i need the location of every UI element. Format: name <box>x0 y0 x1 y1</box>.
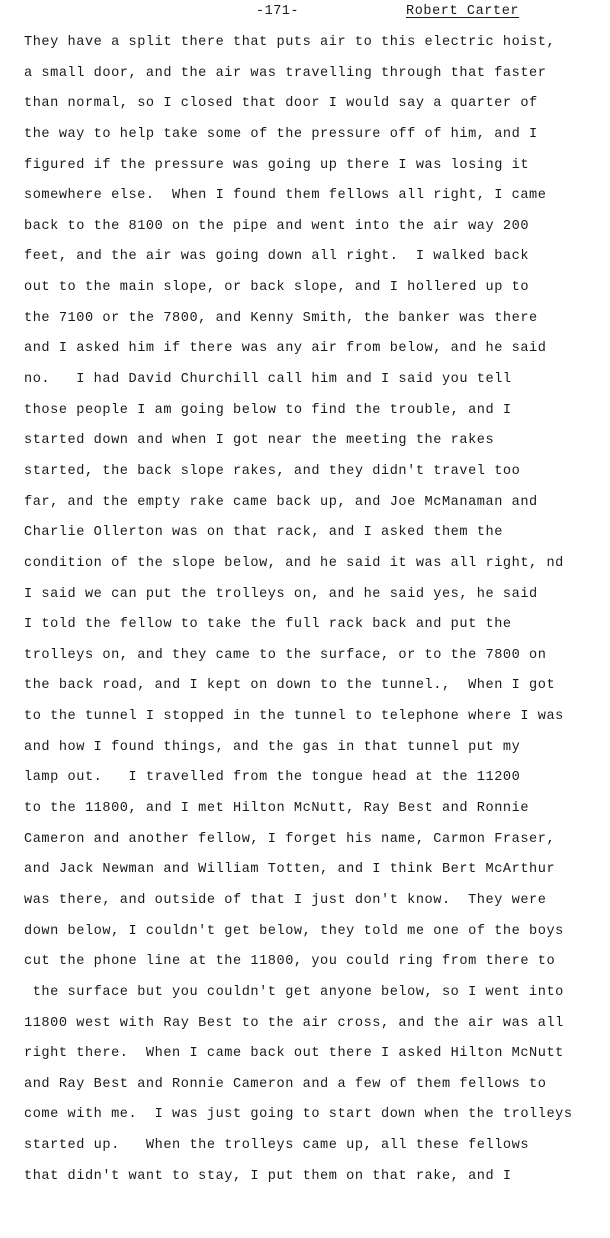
text-line: those people I am going below to find th… <box>24 396 604 427</box>
text-line: the surface but you couldn't get anyone … <box>24 978 604 1009</box>
text-line: and Ray Best and Ronnie Cameron and a fe… <box>24 1070 604 1101</box>
text-line: trolleys on, and they came to the surfac… <box>24 641 604 672</box>
text-line: figured if the pressure was going up the… <box>24 151 604 182</box>
text-line: to the tunnel I stopped in the tunnel to… <box>24 702 604 733</box>
text-line: the back road, and I kept on down to the… <box>24 671 604 702</box>
text-line: 11800 west with Ray Best to the air cros… <box>24 1009 604 1040</box>
speaker-name: Robert Carter <box>406 4 519 19</box>
text-line: right there. When I came back out there … <box>24 1039 604 1070</box>
text-line: no. I had David Churchill call him and I… <box>24 365 604 396</box>
text-line: was there, and outside of that I just do… <box>24 886 604 917</box>
text-line: than normal, so I closed that door I wou… <box>24 89 604 120</box>
text-line: started, the back slope rakes, and they … <box>24 457 604 488</box>
text-line: the way to help take some of the pressur… <box>24 120 604 151</box>
text-line: to the 11800, and I met Hilton McNutt, R… <box>24 794 604 825</box>
text-line: lamp out. I travelled from the tongue he… <box>24 763 604 794</box>
text-line: cut the phone line at the 11800, you cou… <box>24 947 604 978</box>
page-number: -171- <box>256 4 299 19</box>
text-line: Charlie Ollerton was on that rack, and I… <box>24 518 604 549</box>
text-line: down below, I couldn't get below, they t… <box>24 917 604 948</box>
text-line: that didn't want to stay, I put them on … <box>24 1162 604 1193</box>
text-line: somewhere else. When I found them fellow… <box>24 181 604 212</box>
text-line: They have a split there that puts air to… <box>24 28 604 59</box>
text-line: started down and when I got near the mee… <box>24 426 604 457</box>
page-header: -171- Robert Carter <box>0 4 610 24</box>
text-line: back to the 8100 on the pipe and went in… <box>24 212 604 243</box>
text-line: and I asked him if there was any air fro… <box>24 334 604 365</box>
text-line: I said we can put the trolleys on, and h… <box>24 580 604 611</box>
text-line: feet, and the air was going down all rig… <box>24 242 604 273</box>
text-line: and how I found things, and the gas in t… <box>24 733 604 764</box>
text-line: the 7100 or the 7800, and Kenny Smith, t… <box>24 304 604 335</box>
text-line: and Jack Newman and William Totten, and … <box>24 855 604 886</box>
testimony-text: They have a split there that puts air to… <box>24 28 604 1192</box>
text-line: far, and the empty rake came back up, an… <box>24 488 604 519</box>
text-line: started up. When the trolleys came up, a… <box>24 1131 604 1162</box>
text-line: come with me. I was just going to start … <box>24 1100 604 1131</box>
text-line: out to the main slope, or back slope, an… <box>24 273 604 304</box>
text-line: a small door, and the air was travelling… <box>24 59 604 90</box>
text-line: Cameron and another fellow, I forget his… <box>24 825 604 856</box>
text-line: condition of the slope below, and he sai… <box>24 549 604 580</box>
text-line: I told the fellow to take the full rack … <box>24 610 604 641</box>
